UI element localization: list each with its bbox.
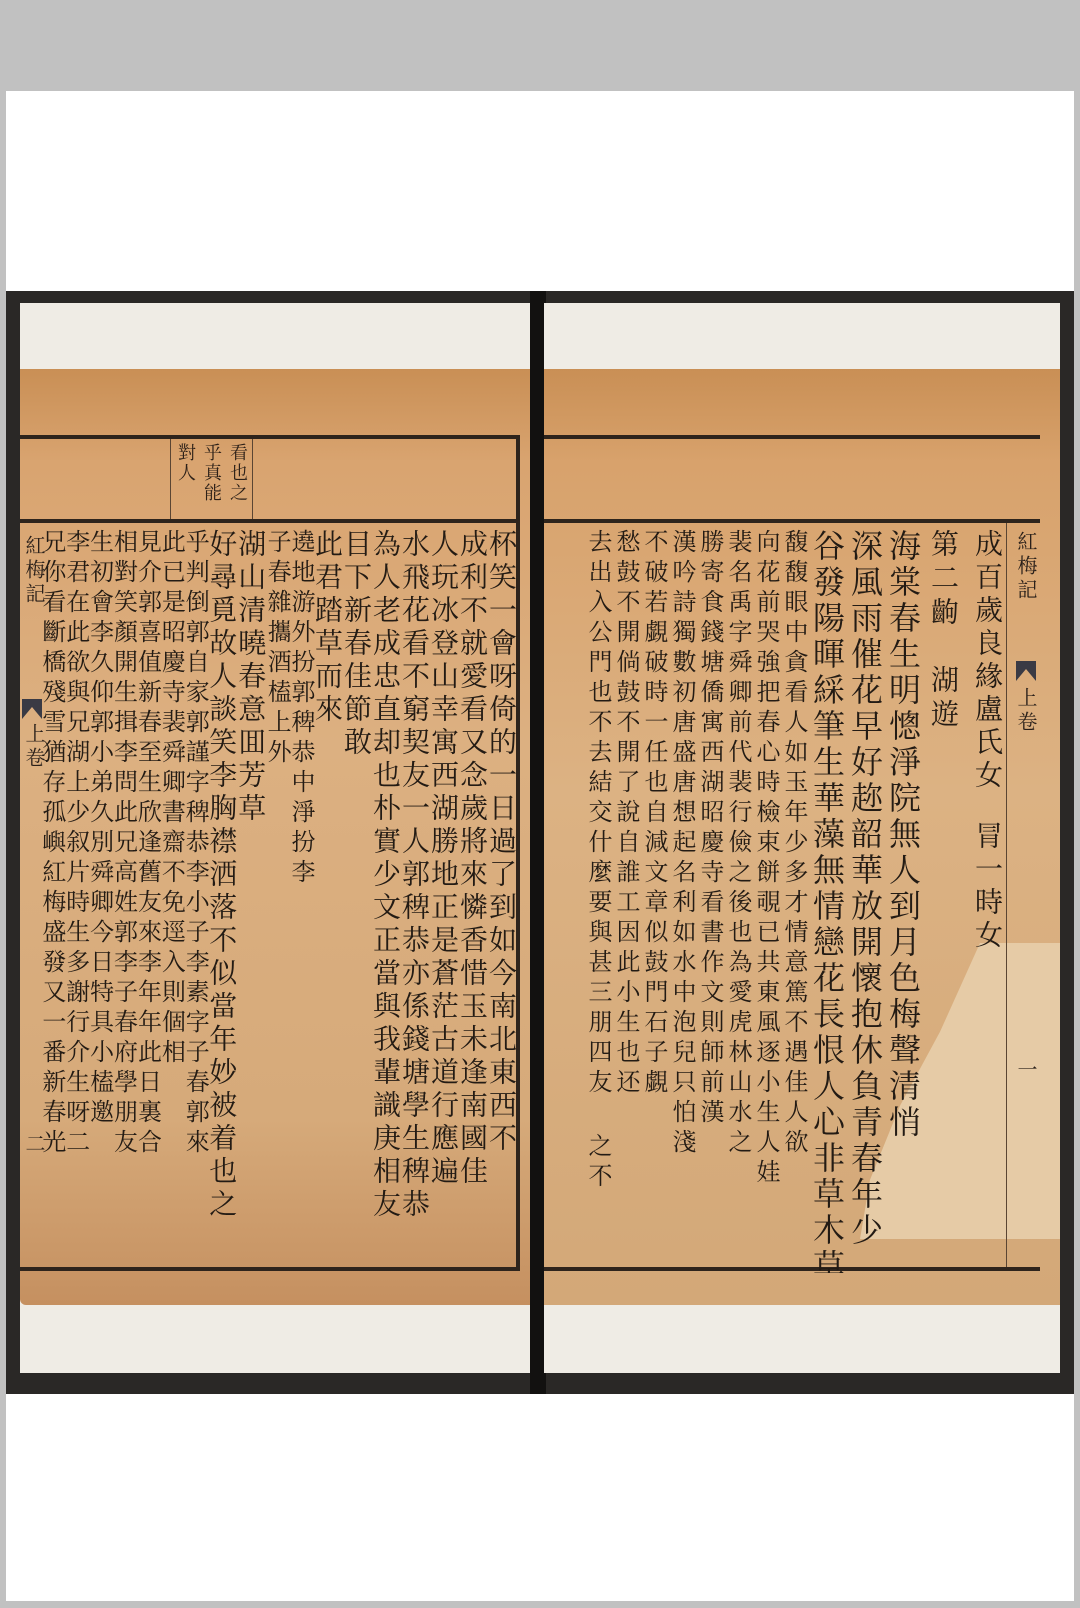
margin-book-title: 紅梅記 [1012,531,1041,631]
margin-volume-label: 上卷 [1012,687,1041,747]
text-column: 馥馥眼中貪看人如玉年少多才情意篤不遇佳人欲 [780,529,808,1273]
text-column: 向花前哭強把春心時檢束餅覗已共東風逐小生人娃 [752,529,780,1273]
text-column: 深風雨催花早好趂韶華放開懷抱休負青春年少 [846,529,884,1273]
right-page: 紅梅記 上卷 一 成百歲良緣盧氏女冐一時女 第二齣湖遊 海棠春生明憁淨院無人到月… [544,303,1060,1373]
upper-border-rule [544,435,1040,439]
text-column: 人玩冰登山幸寓西湖勝地正是蒼茫古道行應遍 [431,529,460,1273]
text-column: 湖山清曉春意囬芳草 [238,529,267,1273]
text-column: 成百歲良緣盧氏女冐一時女 [964,529,1004,1273]
text-column: 勝寄食錢塘僑寓西湖昭慶寺看書作文則師前漢 [696,529,724,1273]
left-page: 看也之 乎真能 對人 紅梅記 上卷 二 杯笑一會呀倚的一日過了到如今南北東西不 … [20,303,542,1373]
viewer-canvas: 看也之 乎真能 對人 紅梅記 上卷 二 杯笑一會呀倚的一日過了到如今南北東西不 … [6,91,1074,1601]
text-column: 子春雜攜酒榼上外 [267,529,291,1273]
header-note-col: 看也之 [226,443,248,523]
text-column: 見介郭喜值新春至生欣逢舊友來李年年此日裏合 [138,529,162,1273]
text-column: 李君在此欲與兄湖上少叙片時生多謝行介生呀二 [66,529,90,1273]
margin-column-line [1006,523,1007,1267]
text-column: 目下新春佳節敢 [344,529,373,1273]
text-column: 去出入公門也不去結交什麼要與甚三朋四友 之不 [584,529,612,1273]
text-column: 成利不就愛看又念歲將來憐香惜玉未逢南國佳 [460,529,489,1273]
left-page-text-columns: 杯笑一會呀倚的一日過了到如今南北東西不 成利不就愛看又念歲將來憐香惜玉未逢南國佳… [42,529,518,1273]
section-title-column: 第二齣湖遊 [922,529,964,1273]
text-column-tail: 冐一時女 [971,821,1004,953]
header-annotation-box: 看也之 乎真能 對人 [174,443,248,523]
text-column: 漢吟詩獨數初唐盛唐想起名利如水中泡兒只怕淺 [668,529,696,1273]
text-column: 裴名禹字舜卿前代裴行儉之後也為愛虎林山水之 [724,529,752,1273]
margin-page-number: 一 [1012,1059,1041,1089]
text-column: 杯笑一會呀倚的一日過了到如今南北東西不 [489,529,518,1273]
text-column: 生初會李久仰郭小弟久別舜卿今日特具小榼邀 [90,529,114,1273]
text-column: 相對笑顏開生揖李問此兄高姓郭李子春府學朋友 [114,529,138,1273]
header-note-col: 對人 [174,443,196,523]
text-column: 愁鼓不開倘鼓不開了說自誰工因此小生也还 [612,529,640,1273]
header-box-left-line [170,439,171,519]
text-column: 海棠春生明憁淨院無人到月色梅聲清悄 [884,529,922,1273]
text-column: 兄你看斷橋殘雪猶存孤嶼紅梅盛發又一番新春光 [42,529,66,1273]
text-column: 遶地游外扮郭稗恭中淨扮李 [291,529,315,1273]
header-note-col: 乎真能 [200,443,222,523]
text-column: 好尋覓故人談笑李胸襟洒落不似當年妙被着也之 [209,529,238,1273]
text-frame-top-rule [20,519,520,523]
text-column: 此君踏草而來 [315,529,344,1273]
right-page-text-columns: 成百歲良緣盧氏女冐一時女 第二齣湖遊 海棠春生明憁淨院無人到月色梅聲清悄 深風雨… [544,529,1004,1273]
text-column: 乎判倒郭自家郭謹字稗恭李小子李素字子春郭來 [185,529,209,1273]
act-number: 第二齣 [927,529,960,631]
book-scan-image: 看也之 乎真能 對人 紅梅記 上卷 二 杯笑一會呀倚的一日過了到如今南北東西不 … [6,291,1074,1394]
text-column: 此已是昭慶寺裴舜卿書齋不免逕入則個相 [161,529,185,1273]
upper-border-rule [20,435,520,439]
text-column: 谷發陽暉綵筆生華藻無情戀花長恨人心非草木草木 [808,529,846,1273]
text-column: 為人老成忠直却也朴實少文正當與我輩識庚相友 [373,529,402,1273]
act-title: 湖遊 [927,665,960,733]
text-column: 水飛花看不窮契友一人郭稗恭亦係錢塘學生稗恭 [402,529,431,1273]
text-frame-top-rule [544,519,1040,523]
text-column-main: 成百歲良緣盧氏女 [971,529,1004,793]
header-box-right-line [252,439,253,519]
text-column: 不破若覷破時一任也自減文章似鼓門石子覷 [640,529,668,1273]
